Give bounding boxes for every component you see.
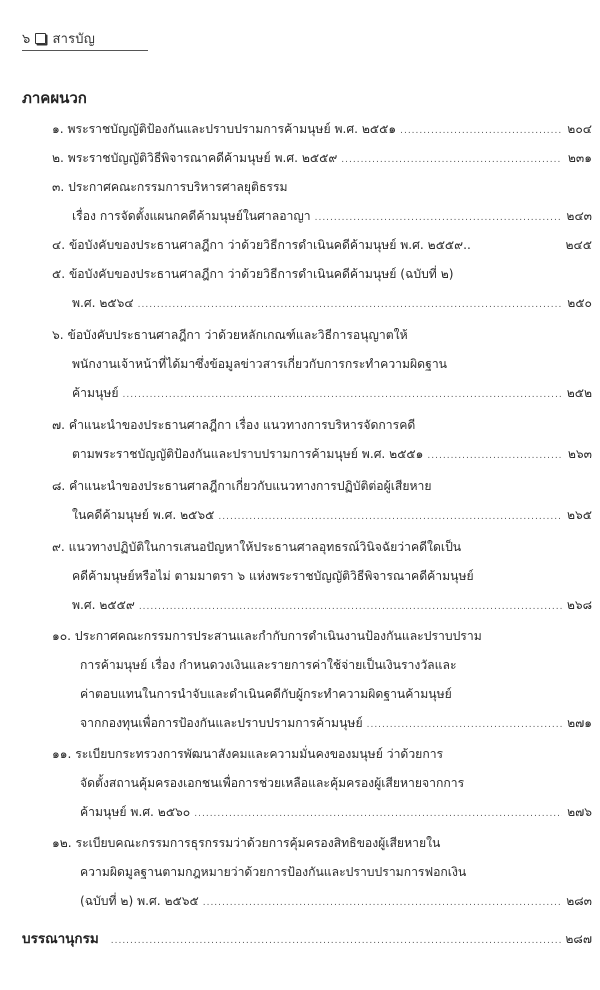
toc-entry-text: ๘. คำแนะนำของประธานศาลฎีกาเกี่ยวกับแนวทา… [52, 472, 432, 501]
toc-entry-page: ๒๖๕ [566, 501, 592, 530]
toc-entry-12-cont[interactable]: ความผิดมูลฐานตามกฎหมายว่าด้วยการป้องกันแ… [80, 858, 592, 887]
toc-entry-text: ๓. ประกาศคณะกรรมการบริหารศาลยุติธรรม [52, 173, 288, 202]
toc-entry-text: ๗. คำแนะนำของประธานศาลฎีกา เรื่อง แนวทาง… [52, 411, 415, 440]
toc-entry-2[interactable]: ๒. พระราชบัญญัติวิธีพิจารณาคดีค้ามนุษย์ … [52, 144, 592, 173]
toc-entry-page: ๒๓๑ [566, 144, 592, 173]
leader-dots [400, 117, 562, 146]
toc-entry-6[interactable]: ๖. ข้อบังคับประธานศาลฎีกา ว่าด้วยหลักเกณ… [52, 321, 592, 350]
toc-entry-11-cont[interactable]: จัดตั้งสถานคุ้มครองเอกชนเพื่อการช่วยเหลื… [80, 769, 592, 798]
toc-entry-9-cont2[interactable]: พ.ศ. ๒๕๕๙๒๖๘ [72, 591, 592, 620]
leader-dots [203, 889, 562, 918]
toc-entry-page: ๒๐๔ [566, 115, 592, 144]
checkbox-square-icon [35, 33, 46, 44]
leader-dots [123, 381, 562, 410]
toc-entry-text: ๑๐. ประกาศคณะกรรมการประสานและกำกับการดำเ… [52, 622, 482, 651]
toc-entry-text: จากกองทุนเพื่อการป้องกันและปราบปรามการค้… [80, 709, 363, 738]
toc-entry-text: (ฉบับที่ ๒) พ.ศ. ๒๕๖๕ [80, 887, 199, 916]
toc-entry-bibliography[interactable]: บรรณานุกรม ๒๘๗ [22, 925, 592, 954]
toc-entry-page: ๒๕๐ [566, 289, 592, 318]
running-head: ๖สารบัญ [22, 28, 95, 49]
toc-entry-page: ๒๖๓ [566, 440, 592, 469]
toc-entry-text: การค้ามนุษย์ เรื่อง กำหนดวงเงินและรายการ… [80, 651, 457, 680]
toc-entry-9[interactable]: ๙. แนวทางปฏิบัติในการเสนอปัญหาให้ประธานศ… [52, 533, 592, 562]
toc-entry-text: ค่าตอบแทนในการนำจับและดำเนินคดีกับผู้กระ… [80, 680, 452, 709]
toc-entry-7[interactable]: ๗. คำแนะนำของประธานศาลฎีกา เรื่อง แนวทาง… [52, 411, 592, 440]
leader-dots [194, 800, 562, 829]
toc-entry-4[interactable]: ๔. ข้อบังคับของประธานศาลฎีกา ว่าด้วยวิธี… [52, 231, 592, 260]
toc-entry-text: ตามพระราชบัญญัติป้องกันและปราบปรามการค้า… [72, 440, 423, 469]
toc-entry-10-cont[interactable]: การค้ามนุษย์ เรื่อง กำหนดวงเงินและรายการ… [80, 651, 592, 680]
header-rule [22, 50, 148, 51]
toc-entry-text: เรื่อง การจัดตั้งแผนกคดีค้ามนุษย์ในศาลอา… [72, 202, 311, 231]
toc-entry-page: ๒๔๓ [566, 202, 592, 231]
toc-entry-text: ค้ามนุษย์ [72, 379, 119, 408]
toc-entry-text: ค้ามนุษย์ พ.ศ. ๒๕๖๐ [80, 798, 190, 827]
toc-entry-12-cont2[interactable]: (ฉบับที่ ๒) พ.ศ. ๒๕๖๕๒๘๓ [80, 887, 592, 916]
leader-dots [427, 442, 562, 471]
toc-entry-12[interactable]: ๑๒. ระเบียบคณะกรรมการธุรกรรมว่าด้วยการคุ… [52, 829, 592, 858]
toc-entry-text: ๑๑. ระเบียบกระทรวงการพัฒนาสังคมและความมั… [52, 740, 443, 769]
toc-entry-text: พ.ศ. ๒๕๖๔ [72, 289, 134, 318]
toc-entry-text: พ.ศ. ๒๕๕๙ [72, 591, 135, 620]
bibliography-label: บรรณานุกรม [22, 925, 99, 954]
toc-entry-8[interactable]: ๘. คำแนะนำของประธานศาลฎีกาเกี่ยวกับแนวทา… [52, 472, 592, 501]
toc-entry-text: ๑๒. ระเบียบคณะกรรมการธุรกรรมว่าด้วยการคุ… [52, 829, 440, 858]
leader-dots [367, 711, 562, 740]
toc-entry-6-cont2[interactable]: ค้ามนุษย์๒๕๒ [72, 379, 592, 408]
toc-entry-page: ๒๔๕ [566, 231, 592, 260]
toc-entry-8-cont[interactable]: ในคดีค้ามนุษย์ พ.ศ. ๒๕๖๕๒๖๕ [72, 501, 592, 530]
toc-entry-page: ๒๗๖ [566, 798, 592, 827]
bibliography-page: ๒๘๗ [565, 925, 592, 954]
leader-dots [341, 146, 562, 175]
section-title: ภาคผนวก [22, 86, 87, 110]
toc-entry-text: ๖. ข้อบังคับประธานศาลฎีกา ว่าด้วยหลักเกณ… [52, 321, 408, 350]
leader-dots [138, 291, 562, 320]
toc-entry-page: ๒๘๓ [566, 887, 592, 916]
toc-entry-11-cont2[interactable]: ค้ามนุษย์ พ.ศ. ๒๕๖๐๒๗๖ [80, 798, 592, 827]
toc-entry-page: ๒๗๑ [566, 709, 592, 738]
toc-entry-3-cont[interactable]: เรื่อง การจัดตั้งแผนกคดีค้ามนุษย์ในศาลอา… [72, 202, 592, 231]
toc-entry-text: ๑. พระราชบัญญัติป้องกันและปราบปรามการค้า… [52, 115, 396, 144]
leader-dots [139, 593, 562, 622]
toc-entry-text: ความผิดมูลฐานตามกฎหมายว่าด้วยการป้องกันแ… [80, 858, 466, 887]
toc-entry-text: ๙. แนวทางปฏิบัติในการเสนอปัญหาให้ประธานศ… [52, 533, 461, 562]
toc-entry-5[interactable]: ๕. ข้อบังคับของประธานศาลฎีกา ว่าด้วยวิธี… [52, 260, 592, 289]
leader-dots [315, 204, 562, 233]
running-head-title: สารบัญ [52, 32, 95, 47]
toc-entry-text: ๔. ข้อบังคับของประธานศาลฎีกา ว่าด้วยวิธี… [52, 231, 471, 260]
toc-entry-10-cont3[interactable]: จากกองทุนเพื่อการป้องกันและปราบปรามการค้… [80, 709, 592, 738]
toc-entry-text: จัดตั้งสถานคุ้มครองเอกชนเพื่อการช่วยเหลื… [80, 769, 464, 798]
toc-entry-5-cont[interactable]: พ.ศ. ๒๕๖๔๒๕๐ [72, 289, 592, 318]
toc-entry-10[interactable]: ๑๐. ประกาศคณะกรรมการประสานและกำกับการดำเ… [52, 622, 592, 651]
toc-entry-11[interactable]: ๑๑. ระเบียบกระทรวงการพัฒนาสังคมและความมั… [52, 740, 592, 769]
toc-entry-9-cont[interactable]: คดีค้ามนุษย์หรือไม่ ตามมาตรา ๖ แห่งพระรา… [72, 562, 592, 591]
leader-dots [111, 927, 562, 956]
toc-entry-text: ในคดีค้ามนุษย์ พ.ศ. ๒๕๖๕ [72, 501, 214, 530]
toc-entry-1[interactable]: ๑. พระราชบัญญัติป้องกันและปราบปรามการค้า… [52, 115, 592, 144]
toc-entry-text: พนักงานเจ้าหน้าที่ได้มาซึ่งข้อมูลข่าวสาร… [72, 350, 447, 379]
leader-dots [218, 503, 562, 532]
toc-entry-text: ๒. พระราชบัญญัติวิธีพิจารณาคดีค้ามนุษย์ … [52, 144, 337, 173]
toc-entry-page: ๒๖๘ [566, 591, 592, 620]
page-number: ๖ [22, 32, 30, 47]
toc-entry-7-cont[interactable]: ตามพระราชบัญญัติป้องกันและปราบปรามการค้า… [72, 440, 592, 469]
toc-entry-10-cont2[interactable]: ค่าตอบแทนในการนำจับและดำเนินคดีกับผู้กระ… [80, 680, 592, 709]
toc-entry-text: ๕. ข้อบังคับของประธานศาลฎีกา ว่าด้วยวิธี… [52, 260, 454, 289]
toc-entry-6-cont[interactable]: พนักงานเจ้าหน้าที่ได้มาซึ่งข้อมูลข่าวสาร… [72, 350, 592, 379]
toc-entry-text: คดีค้ามนุษย์หรือไม่ ตามมาตรา ๖ แห่งพระรา… [72, 562, 474, 591]
toc-entry-page: ๒๕๒ [566, 379, 592, 408]
toc-entry-3[interactable]: ๓. ประกาศคณะกรรมการบริหารศาลยุติธรรม [52, 173, 592, 202]
